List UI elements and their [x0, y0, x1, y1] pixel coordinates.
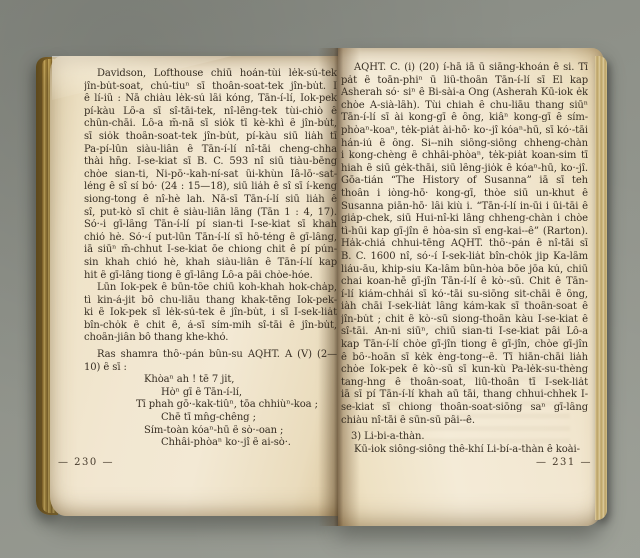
text-line: kap Tān-í-lí chòe gī-jîn tiong ê gī-jîn,… [341, 339, 588, 352]
text-line: sī sio̍k thoân-soat-tek jîn-bu̍t, pí-kàu… [84, 131, 337, 144]
text-line: liáu-āu, khip-siu Ka-lâm bûn-hòa bōe jōa… [341, 264, 588, 277]
text-line: 10) ê sī : [84, 362, 337, 375]
text-line: ê lí-iû : Nā chiàu le̍k-sú lâi kóng, Tān… [84, 93, 337, 106]
text-line: Sím-toàn kóaⁿ-hū ê sò·-oan ; [84, 425, 337, 438]
text-line: chûn-chāi. Lô-a m̄-nā sī sio̍k tī kè-khì… [84, 118, 337, 131]
text-line: tang-hng ê thoân-soat, liû-thoân tī Í-se… [341, 377, 588, 390]
text-line: sî-tāi. Án-ni siūⁿ, chiū sian-ti Í-se-ki… [341, 326, 588, 339]
text-line: pí-kàu Lô-a sī sî-tāi-tek, nî-lêng-tek t… [84, 106, 337, 119]
text-line: tì-hūi kap gī-jîn ê hòa-sin sī eng-kai--… [341, 226, 588, 239]
text-line: Hòⁿ gī ê Tān-í-lí, [84, 387, 337, 400]
text-line: Chē tī mn̂g-chêng ; [84, 412, 337, 425]
text-line: gia̍p-chek, siū Hui-nî-ki lâng chheng-ch… [341, 213, 588, 226]
open-book-photo: Davidson, Lofthouse chiū hoán-tùi le̍k-s… [0, 0, 640, 558]
text-line: hit ê gī-lâng tiong ê gī-lâng Lô-a pâi c… [84, 270, 337, 283]
text-line: choân-jiân bô thang khe-khó. [84, 332, 337, 345]
page-text-right: AQHT. C. (i) (20) í-hā iā ū siāng-khoán … [341, 62, 588, 456]
text-line: í-lí kiám-chhái sī kó·-tāi su-siōng sit-… [341, 289, 588, 302]
text-line: ki ê Iok-pek sī le̍k-sú-tek ê jîn-bu̍t, … [84, 307, 337, 320]
text-line: chòe sian-ti, Ni-pō·-kah-ní-sat ûi-khùn … [84, 169, 337, 182]
text-line: tì kin-á-jit bô chu-liāu thang khak-tēng… [84, 295, 337, 308]
text-line: thoân i iòng-hō· kong-gī, thòe siū un-kh… [341, 188, 588, 201]
text-line: Pa-pí-lûn siàu-liân ê Tān-í-lí nî-tāi ch… [84, 144, 337, 157]
text-line: iàh chāi Í-sek-lia̍t lâng kám-kak sī tho… [341, 301, 588, 314]
text-line: Gōa-tián “The History of Susanna” iā sī … [341, 175, 588, 188]
text-line: iā sī pí Tān-í-lí khah aū tāi, thang chh… [341, 389, 588, 402]
page-number-right: — 231 — [536, 457, 592, 468]
page-text-left: Davidson, Lofthouse chiū hoán-tùi le̍k-s… [84, 68, 337, 450]
text-line: Lūn Iok-pek ê būn-tôe chiū koh-khah hok-… [84, 282, 337, 295]
text-line: ê bô·-hoān sī ke̍k èng-tong--ê. Tī hiān-… [341, 352, 588, 365]
text-line: sin khah chió hè, khah siàu-liân ê Tān-í… [84, 257, 337, 270]
page-number-left: — 230 — [58, 457, 114, 468]
text-line: Ras shamra thô·-pán bûn-su AQHT. A (V) (… [84, 349, 337, 362]
text-line: chòe A-sià-lâh). Tùi chiah ê chu-liāu th… [341, 100, 588, 113]
text-line: Tān-í-lí sī ài kong-gī ê ông, kiâⁿ kong-… [341, 112, 588, 125]
text-line: pa̍t ê toān-phiⁿ ū liû-thoân Tān-í-lí sī… [341, 75, 588, 88]
text-line: Khòaⁿ ah ! tē 7 ji̍t, [84, 374, 337, 387]
text-line: Susanna piān-hō· lâi kiù i. “Tān-í-lí in… [341, 201, 588, 214]
text-line: hán-iú ê ông. Si--nih siông-siông chheng… [341, 138, 588, 151]
text-line: Davidson, Lofthouse chiū hoán-tùi le̍k-s… [84, 68, 337, 81]
text-line: Tī phah gō·-kak-tiûⁿ, tōa chhiùⁿ-koa ; [84, 399, 337, 412]
text-line: i kong-chèng ê chhâi-phòaⁿ, te̍k-pia̍t k… [341, 150, 588, 163]
text-line: Ha̍k-chiá chhui-tēng AQHT. thô·-pán ê nî… [341, 238, 588, 251]
text-line: chiàu nî-tāi ê sūn-sū pâi--ê. [341, 415, 588, 428]
text-line: Chhâi-phòaⁿ ko·-jî ê ai-sò·. [84, 437, 337, 450]
text-line: siong-tong ê nî-hè lah. Nā-sī Tān-í-lí s… [84, 194, 337, 207]
page-edge-stack-right [595, 56, 607, 520]
text-line: bîn-cho̍k ê chit ê, á-sī sím-mih sî-tāi … [84, 320, 337, 333]
text-line: Só·-i gī-lâng Tān-í-lí pí sian-ti Í-se-k… [84, 219, 337, 232]
text-line: thài hn̄g. Í-se-kiat sī B. C. 593 nî siū… [84, 156, 337, 169]
text-line: chió hè. Só·-í put-lūn Tān-í-lí sī hô-té… [84, 232, 337, 245]
text-line: jîn-bu̍t ; chit ê kò·-sū siong-thoân kàu… [341, 314, 588, 327]
text-line: se-kiat sī chiong thoân-soat-siōng saⁿ g… [341, 402, 588, 415]
text-line: léng ê sî sí bó· (24 : 15—18), siū lia̍h… [84, 181, 337, 194]
text-line: 3) Li-bi-a-thàn. [341, 431, 588, 444]
text-line: phòaⁿ-koaⁿ, te̍k-pia̍t ài-hō· ko·-jî kóa… [341, 125, 588, 138]
text-line: iā siūⁿ m̄-chhut Í-se-kiat ōe chiong chi… [84, 244, 337, 257]
text-line: Asherah só· siⁿ ê Bi-sài-a Ông (Asherah … [341, 87, 588, 100]
text-line: hiah ê siū ge̍k-thāi, siū lêng-jio̍k ê k… [341, 163, 588, 176]
text-line: AQHT. C. (i) (20) í-hā iā ū siāng-khoán … [341, 62, 588, 75]
text-line: chòe Iok-pek ê kò·-sū sī kun-kù Pa-le̍k-… [341, 364, 588, 377]
text-line: chai koan-hē gī-jîn Tān-í-lí ê kò·-sū. C… [341, 276, 588, 289]
text-line: Kū-iok siông-siông thê-khí Li-bí-a-thàn … [341, 444, 588, 457]
text-line: B. C. 1600 nî, só·-í Í-sek-lia̍t bîn-cho… [341, 251, 588, 264]
text-line: sî, put-kò sī chit ê siàu-liân lâng (Tān… [84, 207, 337, 220]
text-line: jîn-bu̍t-soat, chú-tiuⁿ sī thoân-soat-te… [84, 81, 337, 94]
